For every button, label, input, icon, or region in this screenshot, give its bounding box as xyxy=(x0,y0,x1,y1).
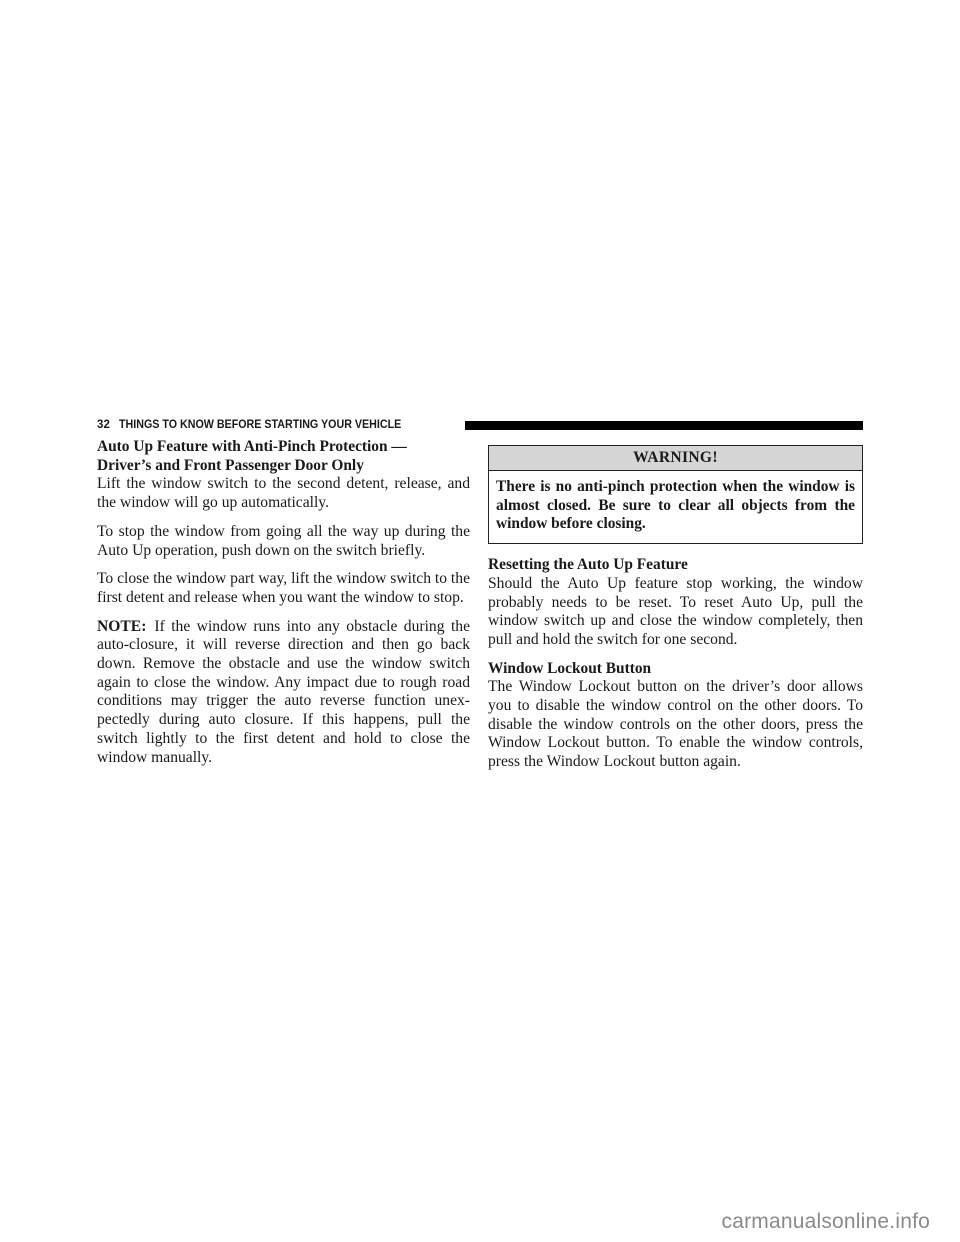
section-heading-resetting: Resetting the Auto Up Feature xyxy=(488,556,863,575)
note-text: If the window runs into any obstacle dur… xyxy=(97,618,470,766)
note-paragraph: NOTE:If the window runs into any obstacl… xyxy=(97,618,470,768)
left-column: Auto Up Feature with Anti-Pinch Protecti… xyxy=(97,438,470,777)
section-heading-auto-up: Auto Up Feature with Anti-Pinch Protecti… xyxy=(97,438,470,475)
paragraph-close-part-way: To close the window part way, lift the w… xyxy=(97,570,470,607)
warning-title: WARNING! xyxy=(489,446,862,471)
paragraph-stop-window: To stop the window from going all the wa… xyxy=(97,523,470,560)
section-heading-lockout: Window Lockout Button xyxy=(488,660,863,679)
paragraph-lockout: The Window Lockout button on the driver’… xyxy=(488,678,863,772)
paragraph-resetting: Should the Auto Up feature stop working,… xyxy=(488,575,863,650)
chapter-title: THINGS TO KNOW BEFORE STARTING YOUR VEHI… xyxy=(119,419,401,431)
note-label: NOTE: xyxy=(97,618,146,635)
paragraph-auto-up-intro: Lift the window switch to the second det… xyxy=(97,475,470,512)
heading-line-1: Auto Up Feature with Anti-Pinch Protecti… xyxy=(97,438,470,457)
site-watermark: carmanualsonline.info xyxy=(722,1210,931,1234)
header-rule-bar xyxy=(465,421,863,430)
heading-line-2: Driver’s and Front Passenger Door Only xyxy=(97,457,470,476)
warning-box: WARNING! There is no anti-pinch protecti… xyxy=(488,445,863,544)
warning-body: There is no anti-pinch protection when t… xyxy=(489,471,862,543)
right-column: WARNING! There is no anti-pinch protecti… xyxy=(488,438,863,782)
page-number: 32 xyxy=(97,419,110,431)
